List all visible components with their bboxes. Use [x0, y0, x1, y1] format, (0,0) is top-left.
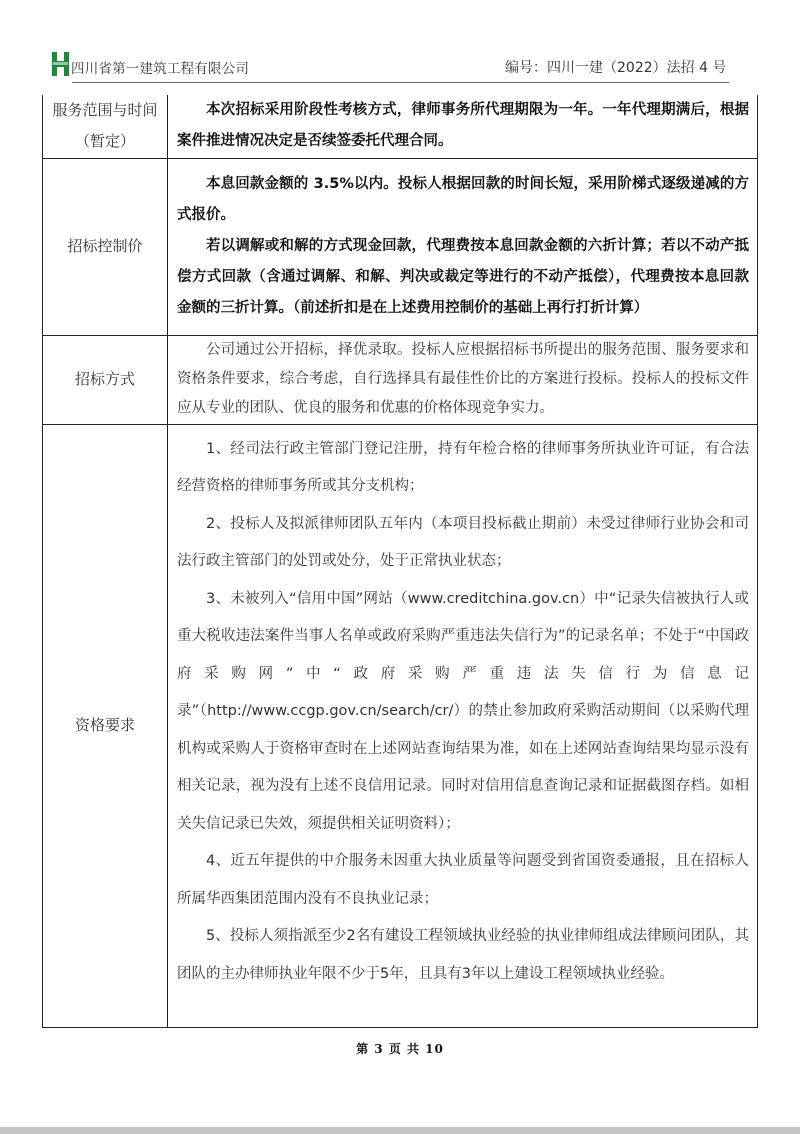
table-row-qualifications: 资格要求 1、经司法行政主管部门登记注册，持有年检合格的律师事务所执业许可证，有… [43, 424, 758, 1027]
qualification-item: 4、近五年提供的中介服务未因重大执业质量等问题受到省国资委通报，且在招标人所属华… [177, 843, 749, 918]
paragraph: 若以调解或和解的方式现金回款，代理费按本息回款金额的六折计算；若以不动产抵偿方式… [177, 231, 749, 324]
row-content: 本息回款金额的 3.5%以内。投标人根据回款的时间长短，采用阶梯式逐级递减的方式… [168, 158, 758, 335]
table-row-tender-method: 招标方式 公司通过公开招标，择优录取。投标人应根据招标书所提出的服务范围、服务要… [43, 335, 758, 424]
table-row-service-scope: 服务范围与时间（暂定） 本次招标采用阶段性考核方式，律师事务所代理期限为一年。一… [43, 95, 758, 158]
row-content: 公司通过公开招标，择优录取。投标人应根据招标书所提出的服务范围、服务要求和资格条… [168, 335, 758, 424]
row-label: 招标方式 [43, 335, 168, 424]
row-label: 资格要求 [43, 424, 168, 1027]
page-edge-shadow [0, 1127, 800, 1134]
paragraph: 本次招标采用阶段性考核方式，律师事务所代理期限为一年。一年代理期满后，根据案件推… [177, 95, 749, 157]
page-header: 四川省第一建筑工程有限公司 编号：四川一建（2022）法招 4 号 [0, 0, 800, 90]
tender-info-table: 服务范围与时间（暂定） 本次招标采用阶段性考核方式，律师事务所代理期限为一年。一… [42, 95, 758, 1028]
row-content: 本次招标采用阶段性考核方式，律师事务所代理期限为一年。一年代理期满后，根据案件推… [168, 95, 758, 158]
company-name: 四川省第一建筑工程有限公司 [71, 57, 249, 77]
company-logo-icon [52, 52, 69, 76]
page-number: 第 3 页 共 10 [0, 1040, 800, 1057]
row-label: 服务范围与时间（暂定） [43, 95, 168, 158]
qualification-item: 3、未被列入“信用中国”网站（www.creditchina.gov.cn）中“… [177, 581, 749, 844]
row-label: 招标控制价 [43, 158, 168, 335]
header-divider [72, 82, 729, 83]
table-row-control-price: 招标控制价 本息回款金额的 3.5%以内。投标人根据回款的时间长短，采用阶梯式逐… [43, 158, 758, 335]
document-number: 编号：四川一建（2022）法招 4 号 [505, 57, 726, 77]
paragraph: 公司通过公开招标，择优录取。投标人应根据招标书所提出的服务范围、服务要求和资格条… [177, 336, 749, 423]
row-content: 1、经司法行政主管部门登记注册，持有年检合格的律师事务所执业许可证，有合法经营资… [168, 424, 758, 1027]
qualification-item: 2、投标人及拟派律师团队五年内（本项目投标截止期前）未受过律师行业协会和司法行政… [177, 506, 749, 581]
paragraph: 本息回款金额的 3.5%以内。投标人根据回款的时间长短，采用阶梯式逐级递减的方式… [177, 169, 749, 231]
qualification-item: 1、经司法行政主管部门登记注册，持有年检合格的律师事务所执业许可证，有合法经营资… [177, 431, 749, 506]
qualification-item: 5、投标人须指派至少2名有建设工程领域执业经验的执业律师组成法律顾问团队，其团队… [177, 918, 749, 993]
